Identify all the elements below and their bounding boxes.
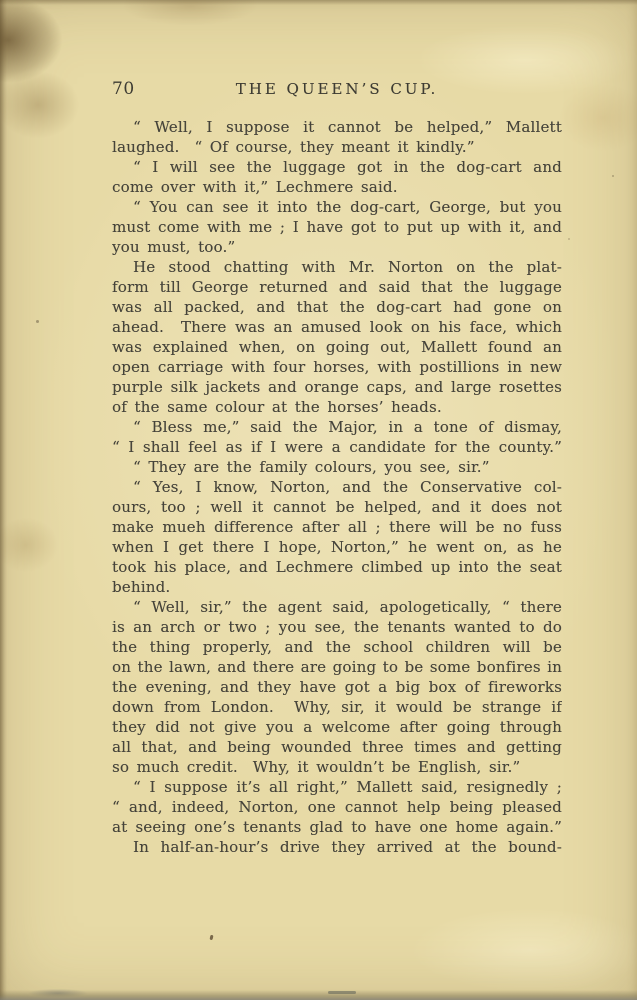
corner-smudge <box>18 986 98 998</box>
text-line: “ I will see the luggage got in the dog-… <box>112 157 562 177</box>
text-line: was all packed, and that the dog-cart ha… <box>112 297 562 317</box>
text-line: when I get there I hope, Norton,” he wen… <box>112 537 562 557</box>
text-line: took his place, and Lechmere climbed up … <box>112 557 562 577</box>
text-line: come over with it,” Lechmere said. <box>112 177 562 197</box>
text-line: behind. <box>112 577 562 597</box>
text-line: “ Yes, I know, Norton, and the Conservat… <box>112 477 562 497</box>
ink-speck <box>210 935 214 941</box>
text-line: at seeing one’s tenants glad to have one… <box>112 817 562 837</box>
page-edge-mark <box>328 991 356 994</box>
text-line: form till George returned and said that … <box>112 277 562 297</box>
text-line: on the lawn, and there are going to be s… <box>112 657 562 677</box>
text-line: He stood chatting with Mr. Norton on the… <box>112 257 562 277</box>
text-line: “ They are the family colours, you see, … <box>112 457 562 477</box>
book-title-header: THE QUEEN’S CUP. <box>112 80 562 98</box>
text-line: In half-an-hour’s drive they arrived at … <box>112 837 562 857</box>
text-line: “ Well, I suppose it cannot be helped,” … <box>112 117 562 137</box>
text-line: “ Bless me,” said the Major, in a tone o… <box>112 417 562 437</box>
text-line: purple silk jackets and orange caps, and… <box>112 377 562 397</box>
ink-speck <box>612 175 614 177</box>
ink-speck <box>568 238 570 240</box>
text-line: “ I shall feel as if I were a candidate … <box>112 437 562 457</box>
text-line: “ I suppose it’s all right,” Mallett sai… <box>112 777 562 797</box>
text-line: ours, too ; well it cannot be helped, an… <box>112 497 562 517</box>
text-line: the thing properly, and the school child… <box>112 637 562 657</box>
text-line: so much credit. Why, it wouldn’t be Engl… <box>112 757 562 777</box>
text-line: all that, and being wounded three times … <box>112 737 562 757</box>
text-line: the evening, and they have got a big box… <box>112 677 562 697</box>
text-line: down from London. Why, sir, it would be … <box>112 697 562 717</box>
running-head: 70 THE QUEEN’S CUP. <box>112 79 562 99</box>
text-block: “ Well, I suppose it cannot be helped,” … <box>112 117 562 857</box>
text-line: is an arch or two ; you see, the tenants… <box>112 617 562 637</box>
text-line: open carriage with four horses, with pos… <box>112 357 562 377</box>
text-line: they did not give you a welcome after go… <box>112 717 562 737</box>
text-line: “ Well, sir,” the agent said, apologetic… <box>112 597 562 617</box>
text-line: you must, too.” <box>112 237 562 257</box>
page-top-edge <box>0 0 637 5</box>
text-line: laughed. “ Of course, they meant it kind… <box>112 137 562 157</box>
book-page: 70 THE QUEEN’S CUP. “ Well, I suppose it… <box>0 0 637 1000</box>
ink-speck <box>36 320 39 323</box>
text-line: make mueh difference after all ; there w… <box>112 517 562 537</box>
text-line: “ You can see it into the dog-cart, Geor… <box>112 197 562 217</box>
text-line: “ and, indeed, Norton, one cannot help b… <box>112 797 562 817</box>
text-line: ahead. There was an amused look on his f… <box>112 317 562 337</box>
text-line: must come with me ; I have got to put up… <box>112 217 562 237</box>
text-line: of the same colour at the horses’ heads. <box>112 397 562 417</box>
text-line: was explained when, on going out, Mallet… <box>112 337 562 357</box>
